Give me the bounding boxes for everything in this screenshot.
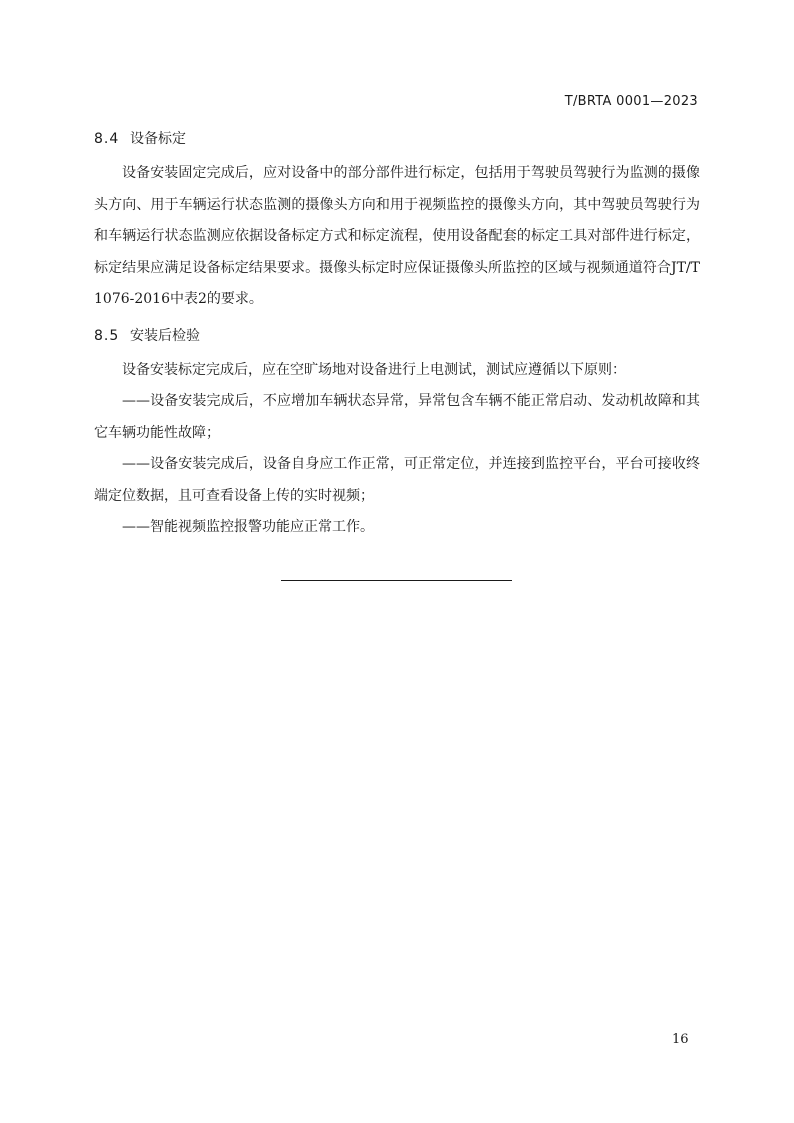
list-item: ——设备安装完成后，设备自身应工作正常，可正常定位，并连接到监控平台，平台可接收… <box>94 449 700 512</box>
standard-code-header: T/BRTA 0001—2023 <box>565 94 698 109</box>
page-number: 16 <box>672 1032 689 1047</box>
document-body: 8.4设备标定 设备安装固定完成后，应对设备中的部分部件进行标定，包括用于驾驶员… <box>94 128 700 544</box>
list-item: ——设备安装完成后，不应增加车辆状态异常，异常包含车辆不能正常启动、发动机故障和… <box>94 386 700 449</box>
section-heading: 8.5安装后检验 <box>94 325 700 347</box>
section-number: 8.4 <box>94 128 130 150</box>
paragraph: 设备安装标定完成后，应在空旷场地对设备进行上电测试，测试应遵循以下原则： <box>94 355 700 387</box>
section-title: 安装后检验 <box>130 328 200 344</box>
end-of-document-rule <box>281 580 512 581</box>
section-number: 8.5 <box>94 325 130 347</box>
paragraph: 设备安装固定完成后，应对设备中的部分部件进行标定，包括用于驾驶员驾驶行为监测的摄… <box>94 158 700 316</box>
list-item: ——智能视频监控报警功能应正常工作。 <box>94 512 700 544</box>
section-title: 设备标定 <box>130 131 186 147</box>
section-8-5: 8.5安装后检验 设备安装标定完成后，应在空旷场地对设备进行上电测试，测试应遵循… <box>94 325 700 544</box>
section-8-4: 8.4设备标定 设备安装固定完成后，应对设备中的部分部件进行标定，包括用于驾驶员… <box>94 128 700 316</box>
section-heading: 8.4设备标定 <box>94 128 700 150</box>
